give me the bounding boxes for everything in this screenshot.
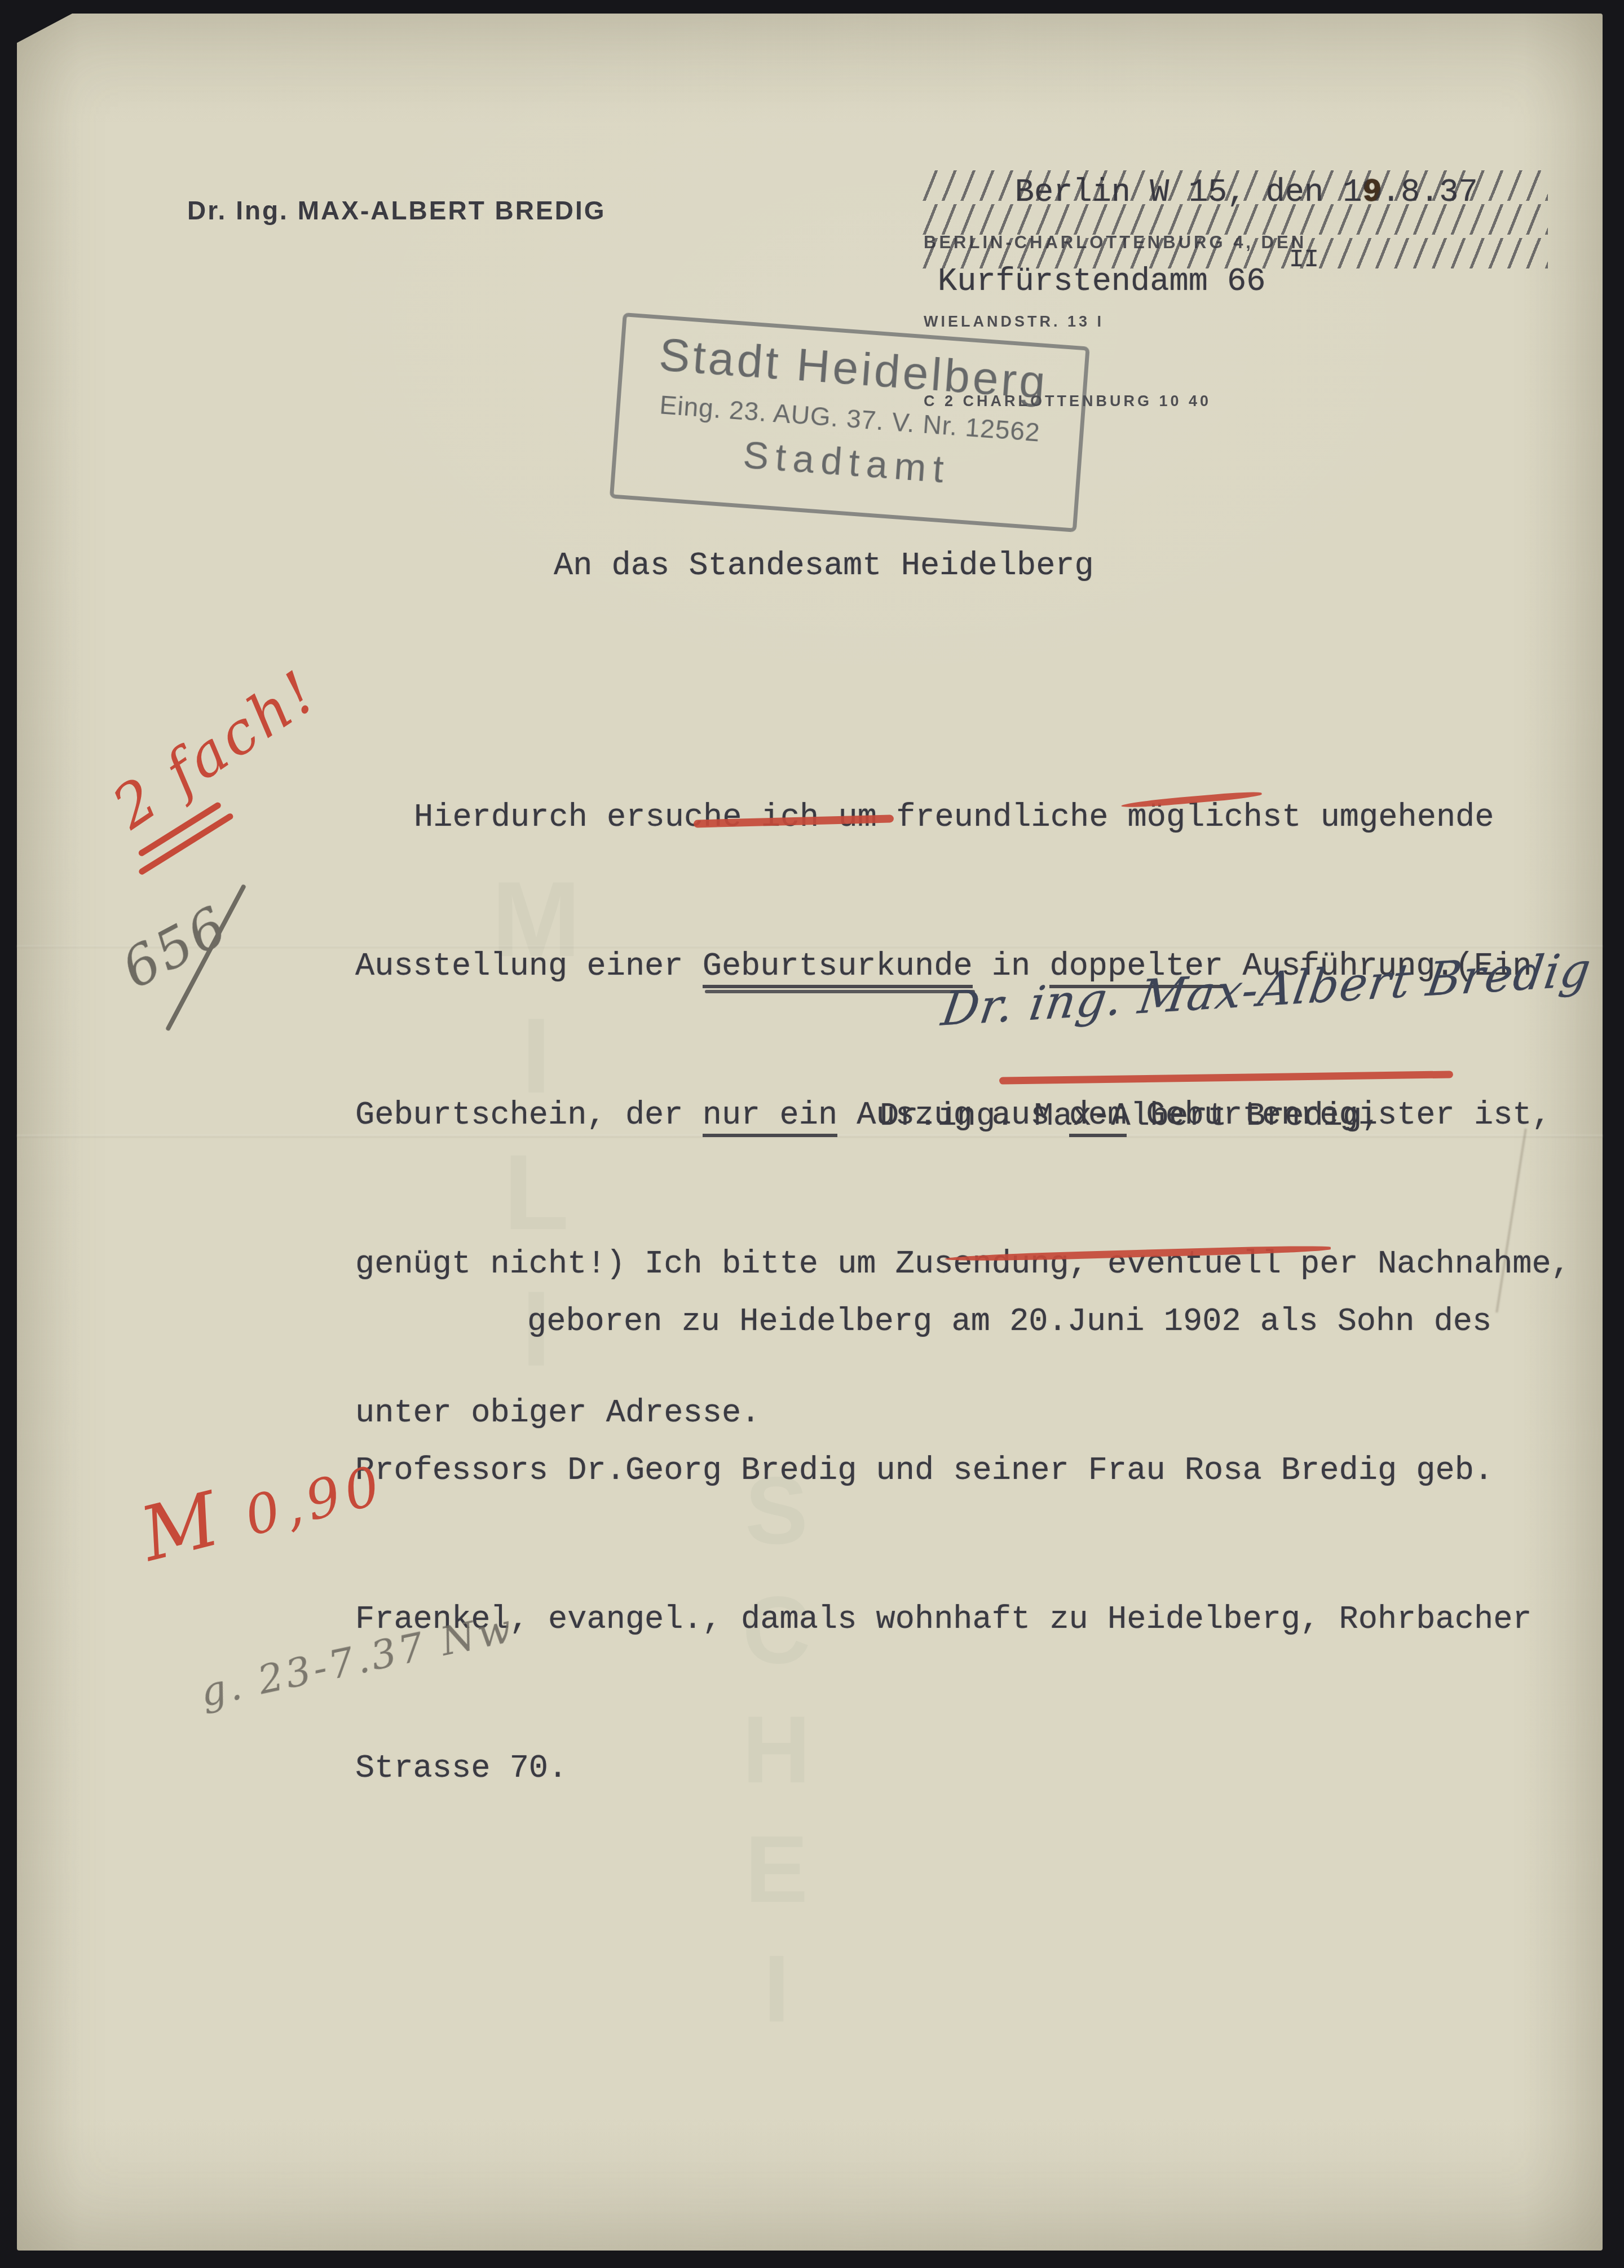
body1-line-2-seg-a: Ausstellung einer <box>355 949 703 985</box>
body2-line-1-seg-a: geboren zu Heidelberg am <box>527 1304 1009 1340</box>
body2-line-3-text: Fraenkel, evangel., damals wohnhaft zu H… <box>355 1602 1532 1638</box>
pencil-docket-number: 656 <box>112 893 239 1001</box>
red-fee-currency: M <box>133 1474 233 1579</box>
birthdate-phrase: 20.Juni 1902 <box>1009 1304 1241 1340</box>
body2-line-1-seg-c: als Sohn des <box>1241 1304 1492 1340</box>
printed-sender-name: Dr. Ing. MAX-ALBERT BREDIG <box>187 195 606 226</box>
recipient-line: An das Standesamt Heidelberg <box>554 548 1094 584</box>
body-paragraph-2: geboren zu Heidelberg am 20.Juni 1902 al… <box>355 1198 1596 1893</box>
address-street: Kurfürstendamm 66 <box>938 264 1266 300</box>
body2-line-3: Fraenkel, evangel., damals wohnhaft zu H… <box>355 1595 1596 1645</box>
body2-line-4-text: Strasse 70. <box>355 1751 567 1787</box>
scan-corner-shadow <box>17 14 72 43</box>
strikeout-slashes-row-2 <box>919 204 1548 235</box>
underlined-words-nur-ein: nur ein <box>703 1098 837 1137</box>
body1-line-1-text: Hierdurch ersuche ich um freundliche mög… <box>414 800 1494 836</box>
body2-line-2: Professors Dr.Georg Bredig und seiner Fr… <box>355 1446 1596 1496</box>
red-annotation-copies: 2 fach! <box>100 656 330 842</box>
red-fee-annotation: M 0,90 <box>133 1434 392 1578</box>
receipt-stamp: Stadt Heidelberg Eing. 23. AUG. 37. V. N… <box>610 312 1090 532</box>
strikeout-slashes-row-1 <box>919 170 1548 201</box>
body2-line-1: geboren zu Heidelberg am 20.Juni 1902 al… <box>355 1297 1596 1347</box>
body2-line-4: Strasse 70. <box>355 1744 1596 1794</box>
body1-line-3-seg-a: Geburtschein, der <box>355 1098 703 1134</box>
underlined-word-geburtsurkunde: Geburtsurkunde <box>703 949 973 988</box>
letter-page: MILI SCHEI Dr. Ing. MAX-ALBERT BREDIG Be… <box>17 14 1603 2251</box>
red-annotation-copies-text: 2 fach! <box>100 656 330 842</box>
body2-line-2-text: Professors Dr.Georg Bredig und seiner Fr… <box>355 1453 1493 1489</box>
typed-signature-name: Dr.ing. Max-Albert Bredig, <box>880 1099 1381 1135</box>
body1-line-1: Hierdurch ersuche ich um freundliche mög… <box>355 793 1596 843</box>
old-letterhead-line-2: WIELANDSTR. 13 I <box>924 309 1307 335</box>
address-floor-superscript: II <box>1289 246 1319 274</box>
